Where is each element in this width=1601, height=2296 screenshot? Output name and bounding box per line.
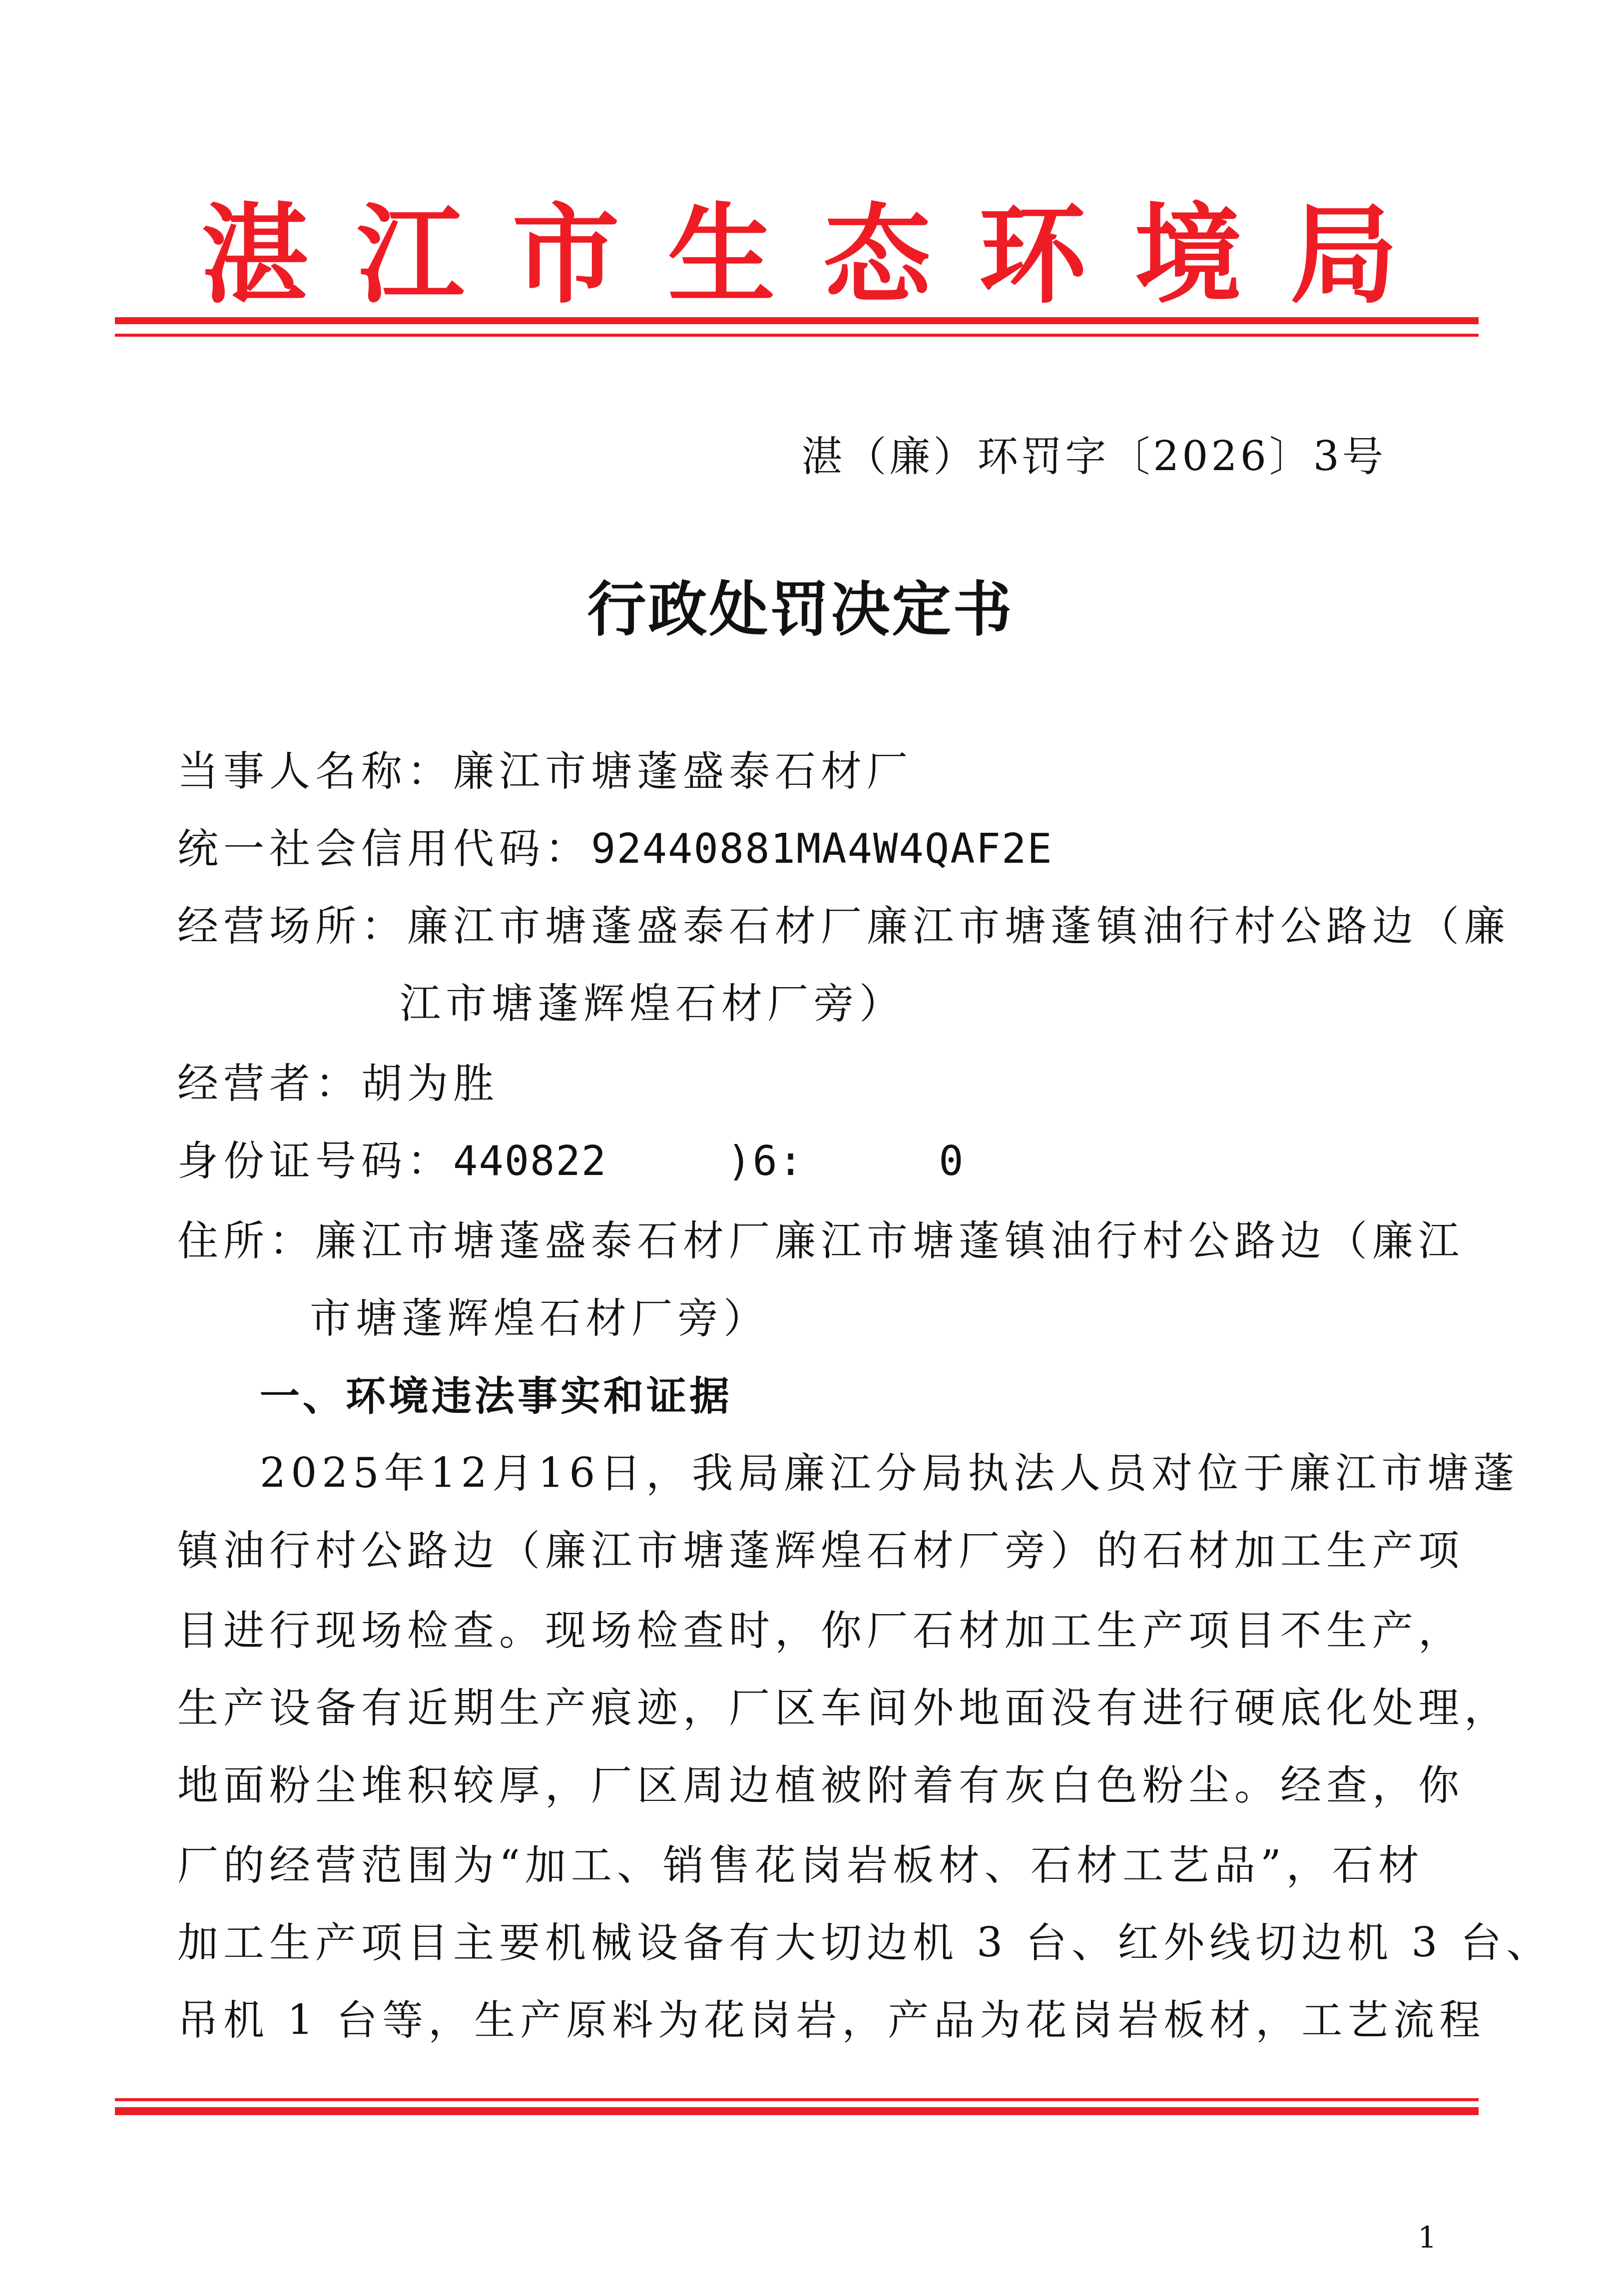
id-number-suffix: 0 bbox=[939, 1138, 964, 1185]
id-number-row: 身份证号码：440822)6:0 bbox=[177, 1134, 965, 1189]
body-line: 生产设备有近期生产痕迹，厂区车间外地面没有进行硬底化处理， bbox=[177, 1681, 1510, 1736]
residence-row: 住所：廉江市塘蓬盛泰石材厂廉江市塘蓬镇油行村公路边（廉江 bbox=[177, 1214, 1464, 1269]
party-name-value: 廉江市塘蓬盛泰石材厂 bbox=[453, 748, 913, 795]
business-location-value: 廉江市塘蓬盛泰石材厂廉江市塘蓬镇油行村公路边（廉 bbox=[407, 903, 1510, 950]
operator-row: 经营者：胡为胜 bbox=[177, 1057, 499, 1112]
body-line: 吊机 1 台等，生产原料为花岗岩，产品为花岗岩板材，工艺流程 bbox=[177, 1993, 1485, 2048]
section-heading: 一、环境违法事实和证据 bbox=[260, 1369, 732, 1424]
business-location-label: 经营场所： bbox=[177, 903, 407, 950]
org-name-char: 境 bbox=[1133, 190, 1243, 320]
party-name-row: 当事人名称：廉江市塘蓬盛泰石材厂 bbox=[177, 744, 913, 799]
document-title: 行政处罚决定书 bbox=[0, 574, 1601, 644]
body-line: 2025年12月16日，我局廉江分局执法人员对位于廉江市塘蓬 bbox=[260, 1446, 1519, 1501]
footer-rule-thick bbox=[115, 2107, 1479, 2115]
credit-code-value: 92440881MA4W4QAF2E bbox=[591, 825, 1053, 873]
org-name-char: 市 bbox=[511, 190, 621, 320]
credit-code-row: 统一社会信用代码：92440881MA4W4QAF2E bbox=[177, 822, 1053, 877]
party-name-label: 当事人名称： bbox=[177, 748, 453, 795]
page-number: 1 bbox=[1418, 2218, 1437, 2258]
org-name-char: 生 bbox=[666, 190, 776, 320]
org-name-char: 江 bbox=[355, 190, 465, 320]
org-name-char: 局 bbox=[1289, 190, 1399, 320]
body-line: 加工生产项目主要机械设备有大切边机 3 台、红外线切边机 3 台、 bbox=[177, 1916, 1553, 1971]
id-number-label: 身份证号码： bbox=[177, 1138, 453, 1185]
business-location-row: 经营场所：廉江市塘蓬盛泰石材厂廉江市塘蓬镇油行村公路边（廉 bbox=[177, 899, 1510, 954]
document-number: 湛（廉）环罚字〔2026〕3号 bbox=[801, 430, 1386, 485]
header-rule-thin bbox=[115, 334, 1479, 337]
residence-label: 住所： bbox=[177, 1217, 315, 1265]
residence-value: 廉江市塘蓬盛泰石材厂廉江市塘蓬镇油行村公路边（廉江 bbox=[315, 1217, 1464, 1265]
org-name-char: 湛 bbox=[200, 190, 310, 320]
letterhead-org-name: 湛 江 市 生 态 环 境 局 bbox=[200, 190, 1399, 320]
operator-label: 经营者： bbox=[177, 1060, 361, 1108]
id-number-prefix: 440822 bbox=[453, 1138, 607, 1185]
org-name-char: 态 bbox=[822, 190, 932, 320]
body-line: 镇油行村公路边（廉江市塘蓬辉煌石材厂旁）的石材加工生产项 bbox=[177, 1524, 1464, 1579]
credit-code-label: 统一社会信用代码： bbox=[177, 825, 591, 873]
body-line: 地面粉尘堆积较厚，厂区周边植被附着有灰白色粉尘。经查，你 bbox=[177, 1758, 1464, 1813]
footer-rule-thin bbox=[115, 2098, 1479, 2101]
body-line: 目进行现场检查。现场检查时，你厂石材加工生产项目不生产， bbox=[177, 1604, 1464, 1659]
header-rule-thick bbox=[115, 317, 1479, 324]
body-line: 厂的经营范围为“加工、销售花岗岩板材、石材工艺品”，石材 bbox=[177, 1838, 1424, 1893]
business-location-continuation: 江市塘蓬辉煌石材厂旁） bbox=[400, 977, 905, 1032]
residence-continuation: 市塘蓬辉煌石材厂旁） bbox=[310, 1291, 769, 1346]
org-name-char: 环 bbox=[978, 190, 1087, 320]
operator-value: 胡为胜 bbox=[361, 1060, 499, 1108]
id-number-middle: )6: bbox=[727, 1138, 804, 1185]
